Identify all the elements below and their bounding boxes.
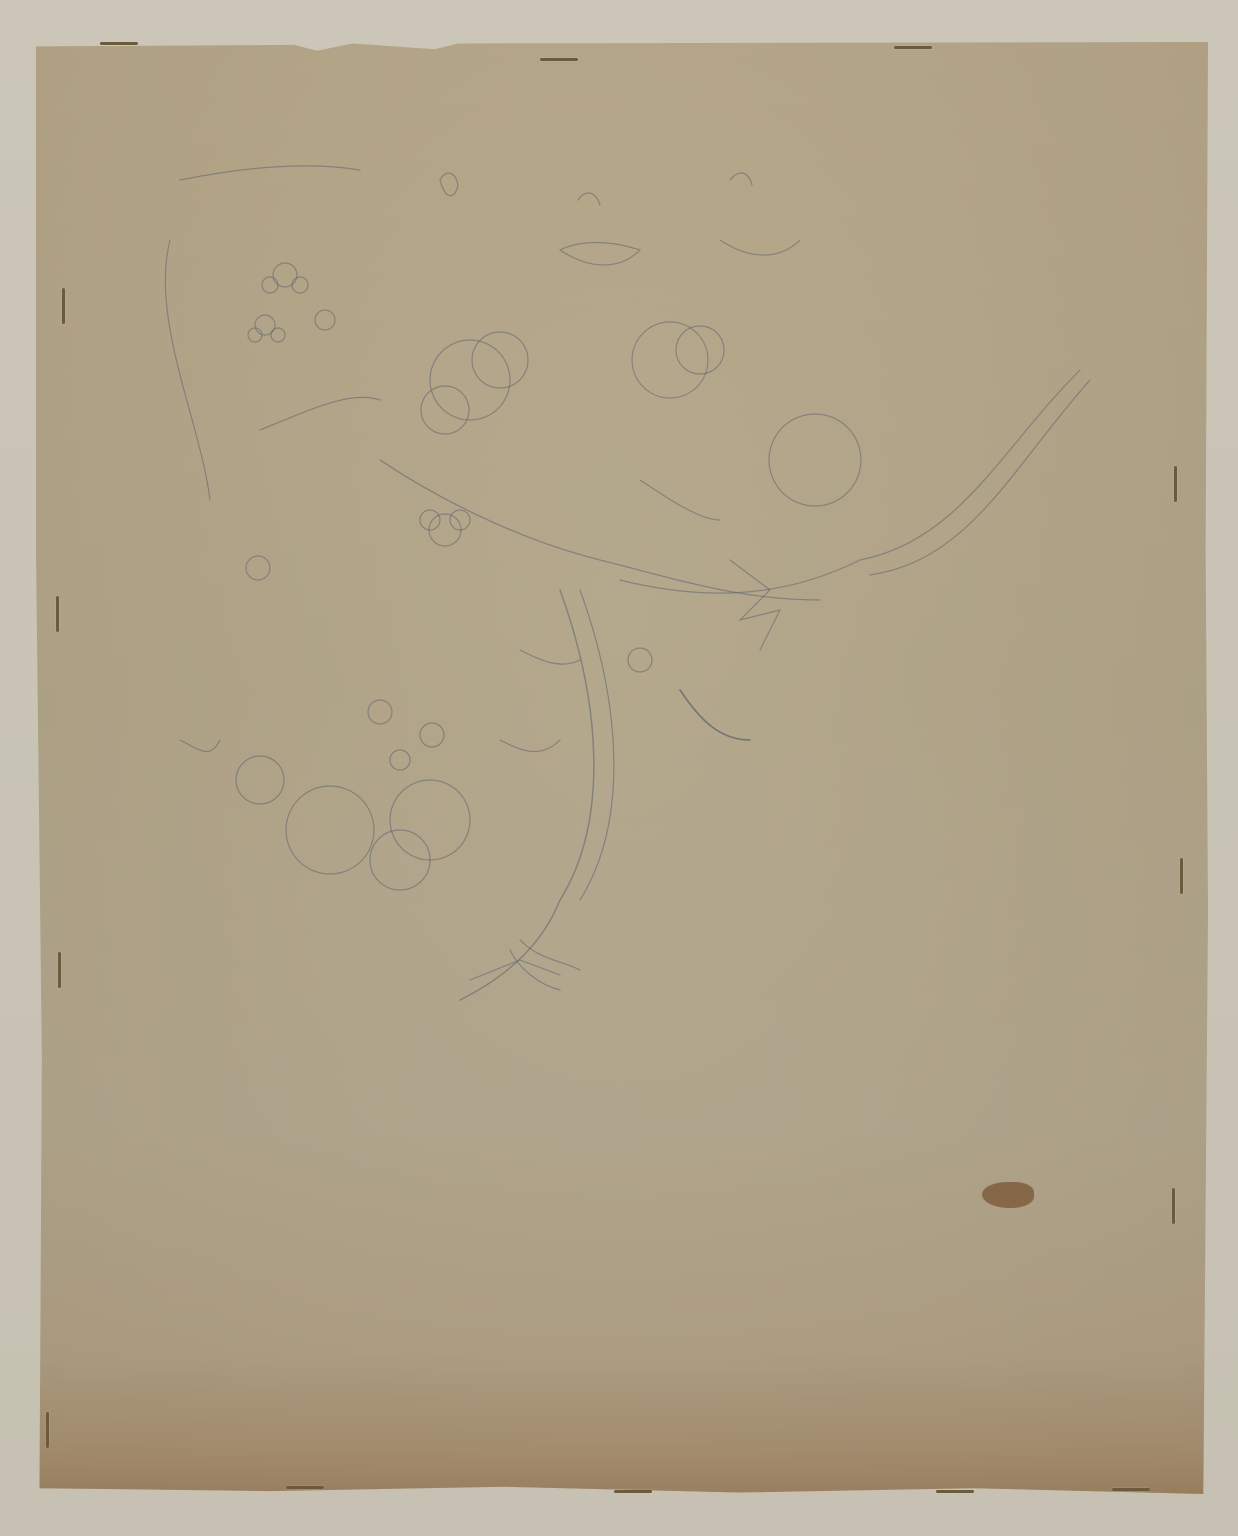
floral-pencil-sketch xyxy=(0,0,1238,1536)
